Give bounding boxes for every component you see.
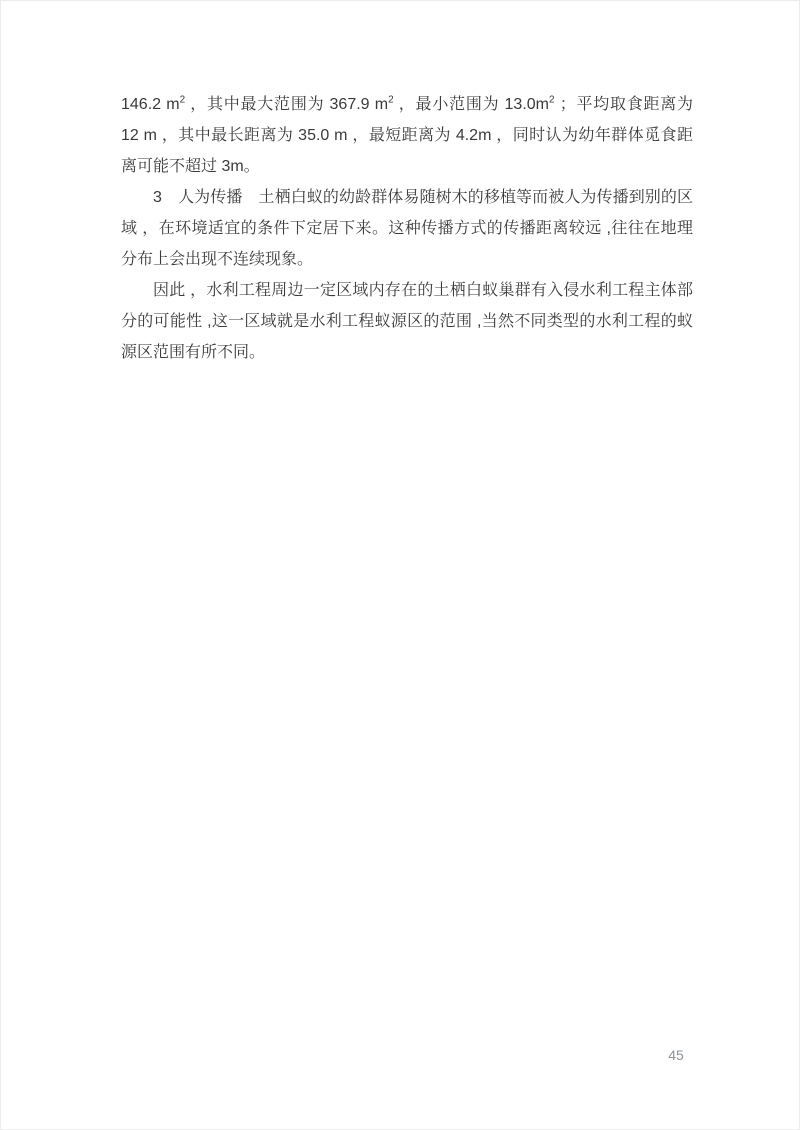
text-segment: 146.2 m: [121, 96, 180, 113]
text-segment: ，最小范围为 13.0m: [394, 96, 549, 113]
text-segment: 因此 ，水利工程周边一定区域内存在的土栖白蚁巢群有入侵水利工程主体部分的可能性 …: [121, 282, 693, 361]
paragraph: 146.2 m2 ，其中最大范围为 367.9 m2 ，最小范围为 13.0m2…: [121, 89, 693, 182]
body-text: 146.2 m2 ，其中最大范围为 367.9 m2 ，最小范围为 13.0m2…: [121, 89, 693, 368]
text-segment: ，其中最大范围为 367.9 m: [185, 96, 388, 113]
text-segment: 3 人为传播 土栖白蚁的幼龄群体易随树木的移植等而被人为传播到别的区域 ，在环境…: [121, 189, 693, 268]
page-number: 45: [661, 1045, 691, 1065]
document-page: 146.2 m2 ，其中最大范围为 367.9 m2 ，最小范围为 13.0m2…: [0, 0, 800, 1130]
paragraph: 因此 ，水利工程周边一定区域内存在的土栖白蚁巢群有入侵水利工程主体部分的可能性 …: [121, 275, 693, 368]
paragraph: 3 人为传播 土栖白蚁的幼龄群体易随树木的移植等而被人为传播到别的区域 ，在环境…: [121, 182, 693, 275]
